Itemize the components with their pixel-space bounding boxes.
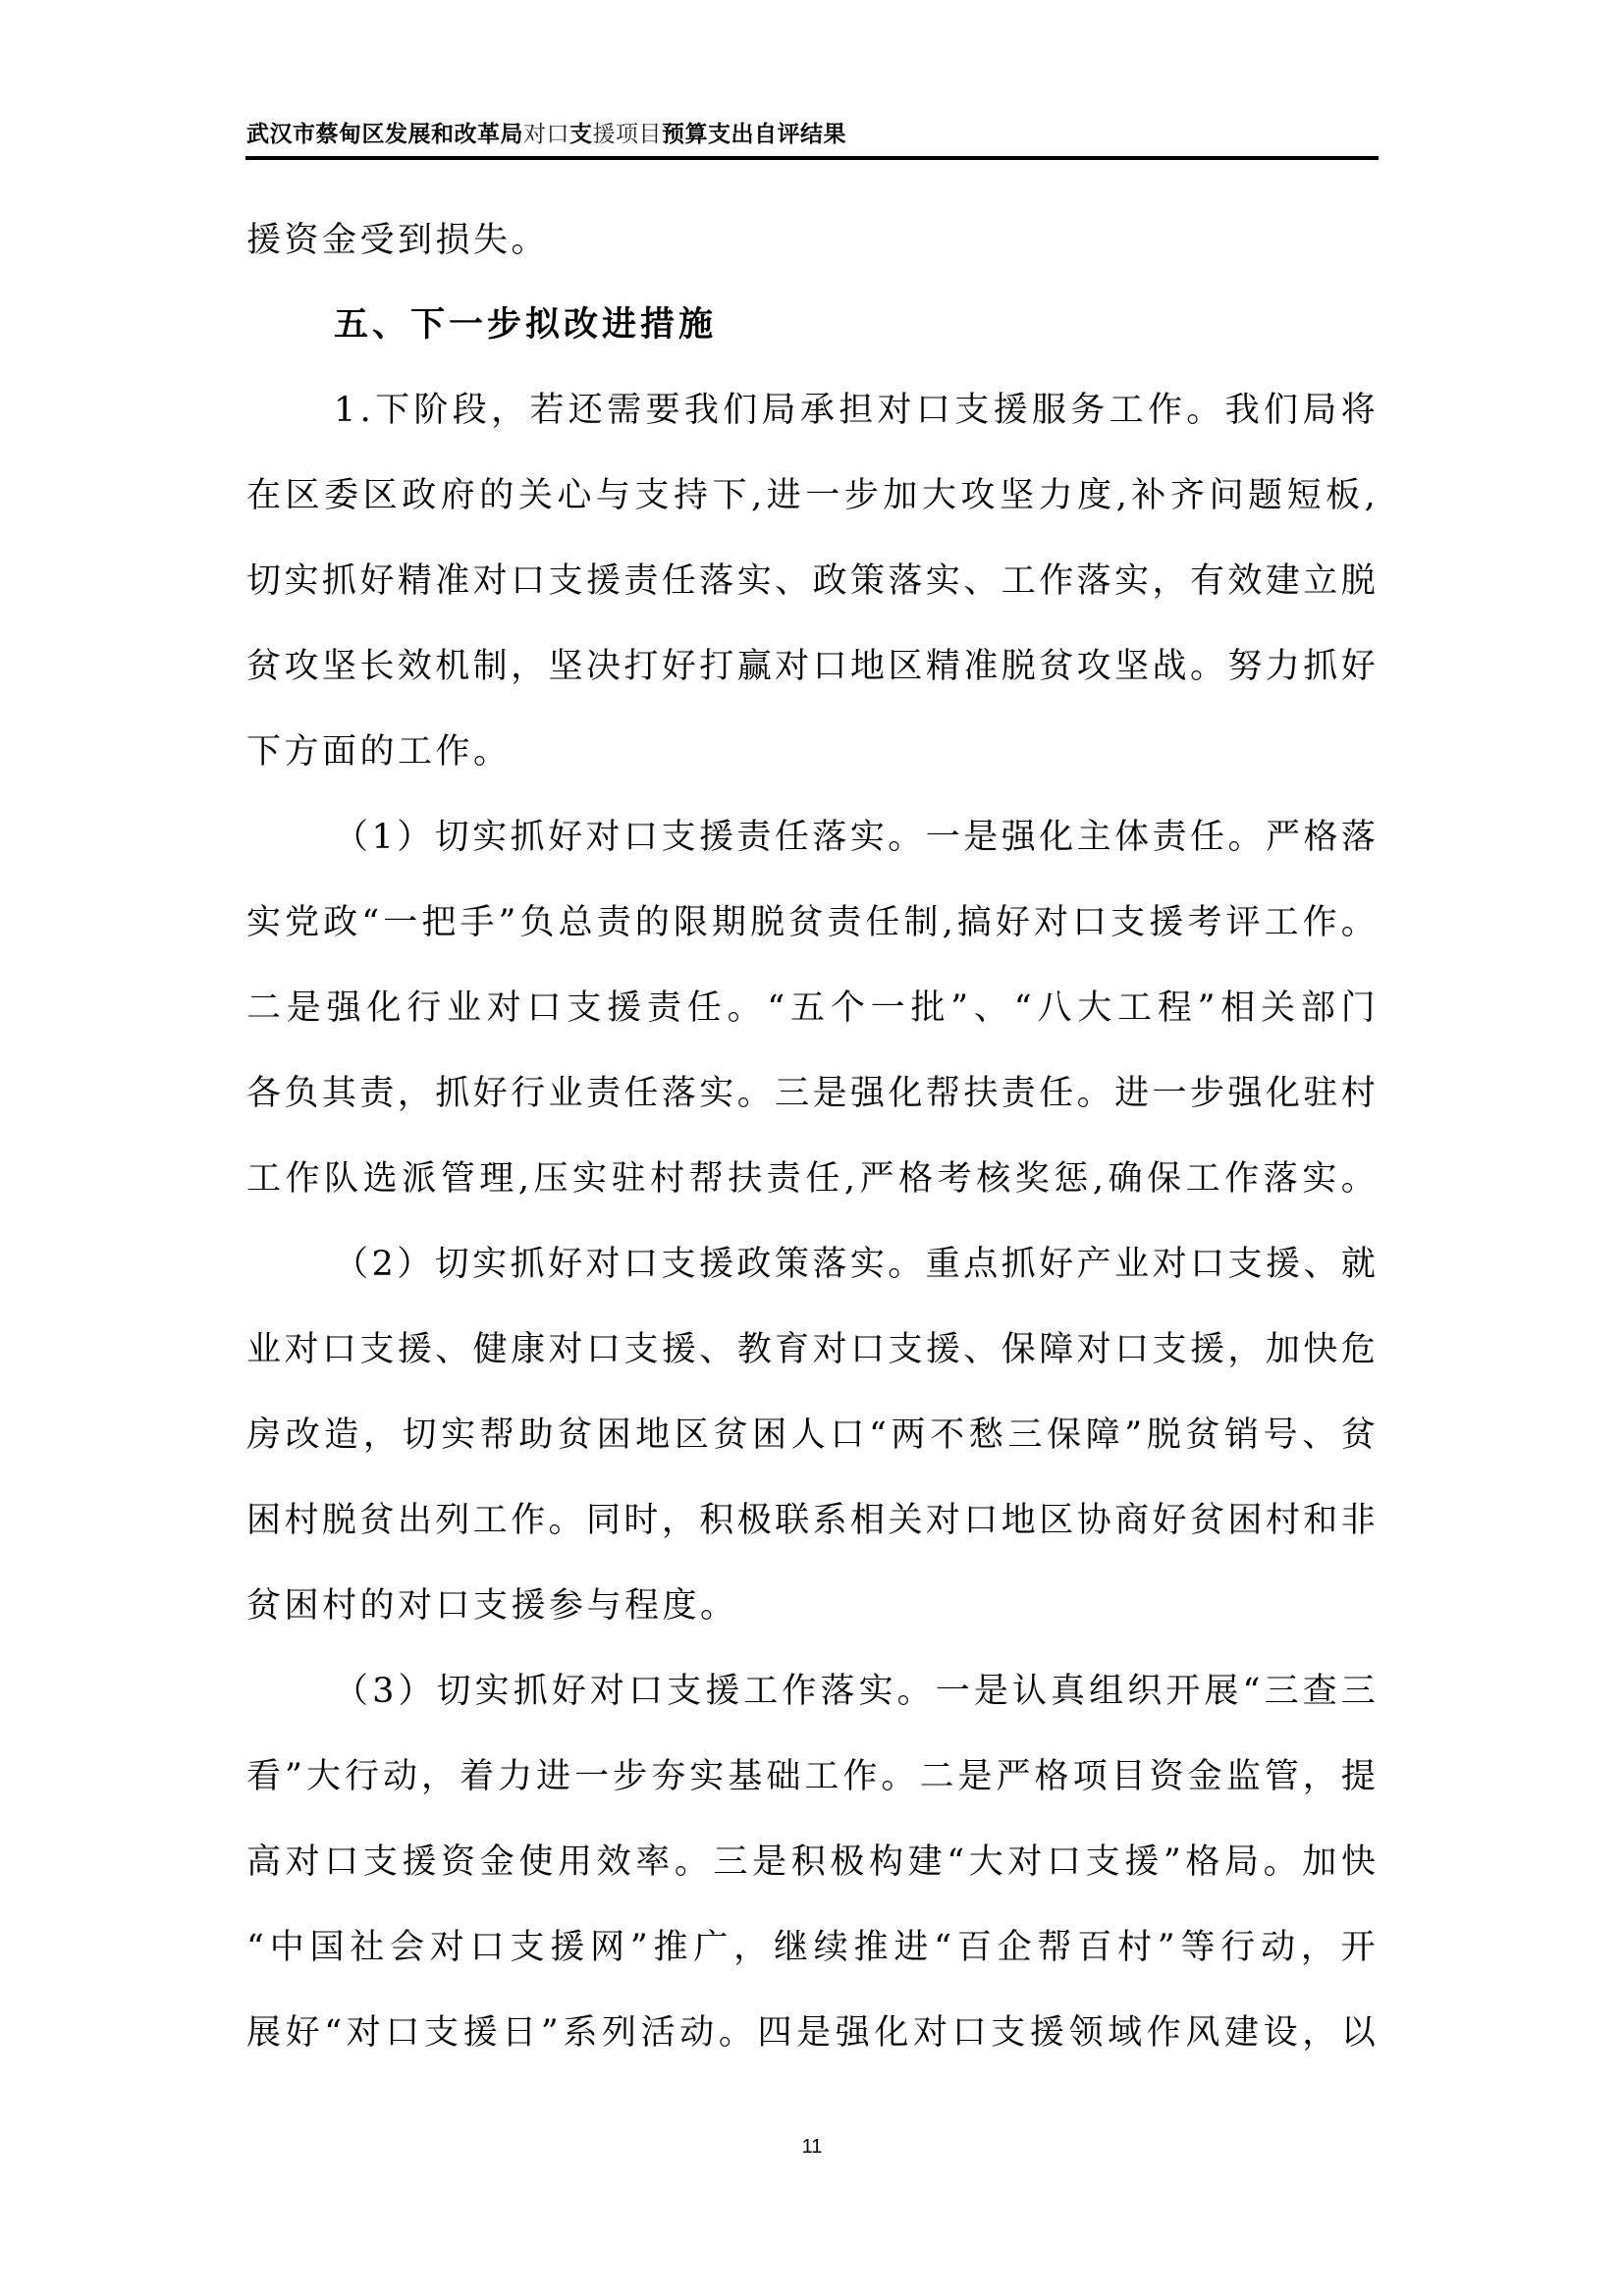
paragraph-3: （2）切实抓好对口支援政策落实。重点抓好产业对口支援、就 业对口支援、健康对口支… — [246, 1243, 1376, 1286]
text-line: 工作队选派管理,压实驻村帮扶责任,严格考核奖惩,确保工作落实。 — [246, 1157, 1376, 1201]
paragraph-2: （1）切实抓好对口支援责任落实。一是强化主体责任。严格落 实党政“一把手”负总责… — [246, 816, 1376, 859]
text-line: 业对口支援、健康对口支援、教育对口支援、保障对口支援，加快危 — [246, 1328, 1376, 1371]
header-segment-3: 支 — [569, 122, 593, 147]
header-segment-2: 对口 — [523, 122, 569, 147]
text-line: 看”大行动，着力进一步夯实基础工作。二是严格项目资金监管，提 — [246, 1755, 1376, 1798]
paragraph-1: 1.下阶段，若还需要我们局承担对口支援服务工作。我们局将 在区委区政府的关心与支… — [246, 389, 1376, 432]
text-line: 下方面的工作。 — [246, 730, 1376, 774]
text-line: 在区委区政府的关心与支持下,进一步加大攻坚力度,补齐问题短板, — [246, 474, 1376, 517]
header-segment-5: 预算支出自评结果 — [662, 122, 846, 147]
text-line: “中国社会对口支援网”推广，继续推进“百企帮百村”等行动，开 — [246, 1926, 1376, 1969]
text-line: 困村脱贫出列工作。同时，积极联系相关对口地区协商好贫困村和非 — [246, 1499, 1376, 1542]
running-header: 武汉市蔡甸区发展和改革局对口支援项目预算支出自评结果 — [246, 119, 846, 150]
header-segment-1: 武汉市蔡甸区发展和改革局 — [246, 122, 523, 147]
text-line: 房改造，切实帮助贫困地区贫困人口“两不愁三保障”脱贫销号、贫 — [246, 1414, 1376, 1457]
text-line: 贫攻坚长效机制，坚决打好打赢对口地区精准脱贫攻坚战。努力抓好 — [246, 645, 1376, 688]
page-number: 11 — [0, 2134, 1624, 2160]
text-line: 二是强化行业对口支援责任。“五个一批”、“八大工程”相关部门 — [246, 987, 1376, 1030]
text-line: （2）切实抓好对口支援政策落实。重点抓好产业对口支援、就 — [334, 1243, 1376, 1286]
text-line: 高对口支援资金使用效率。三是积极构建“大对口支援”格局。加快 — [246, 1841, 1376, 1884]
header-segment-4: 援项目 — [593, 122, 663, 147]
text-line: 1.下阶段，若还需要我们局承担对口支援服务工作。我们局将 — [334, 389, 1376, 432]
text-line: 切实抓好精准对口支援责任落实、政策落实、工作落实，有效建立脱 — [246, 560, 1376, 603]
text-line: 援资金受到损失。 — [246, 219, 1376, 262]
text-line: 实党政“一把手”负总责的限期脱贫责任制,搞好对口支援考评工作。 — [246, 901, 1376, 944]
text-line: 展好“对口支援日”系列活动。四是强化对口支援领域作风建设，以 — [246, 2011, 1376, 2055]
document-page: 武汉市蔡甸区发展和改革局对口支援项目预算支出自评结果 援资金受到损失。 五、下一… — [0, 0, 1624, 2296]
text-line: （3）切实抓好对口支援工作落实。一是认真组织开展“三查三 — [334, 1670, 1376, 1713]
section-heading: 五、下一步拟改进措施 — [334, 303, 717, 347]
text-line: 各负其责，抓好行业责任落实。三是强化帮扶责任。进一步强化驻村 — [246, 1072, 1376, 1115]
continued-text-line: 援资金受到损失。 — [246, 219, 1376, 262]
text-line: （1）切实抓好对口支援责任落实。一是强化主体责任。严格落 — [334, 816, 1376, 859]
paragraph-4: （3）切实抓好对口支援工作落实。一是认真组织开展“三查三 看”大行动，着力进一步… — [246, 1670, 1376, 1713]
header-rule — [245, 156, 1379, 160]
text-line: 贫困村的对口支援参与程度。 — [246, 1584, 1376, 1628]
